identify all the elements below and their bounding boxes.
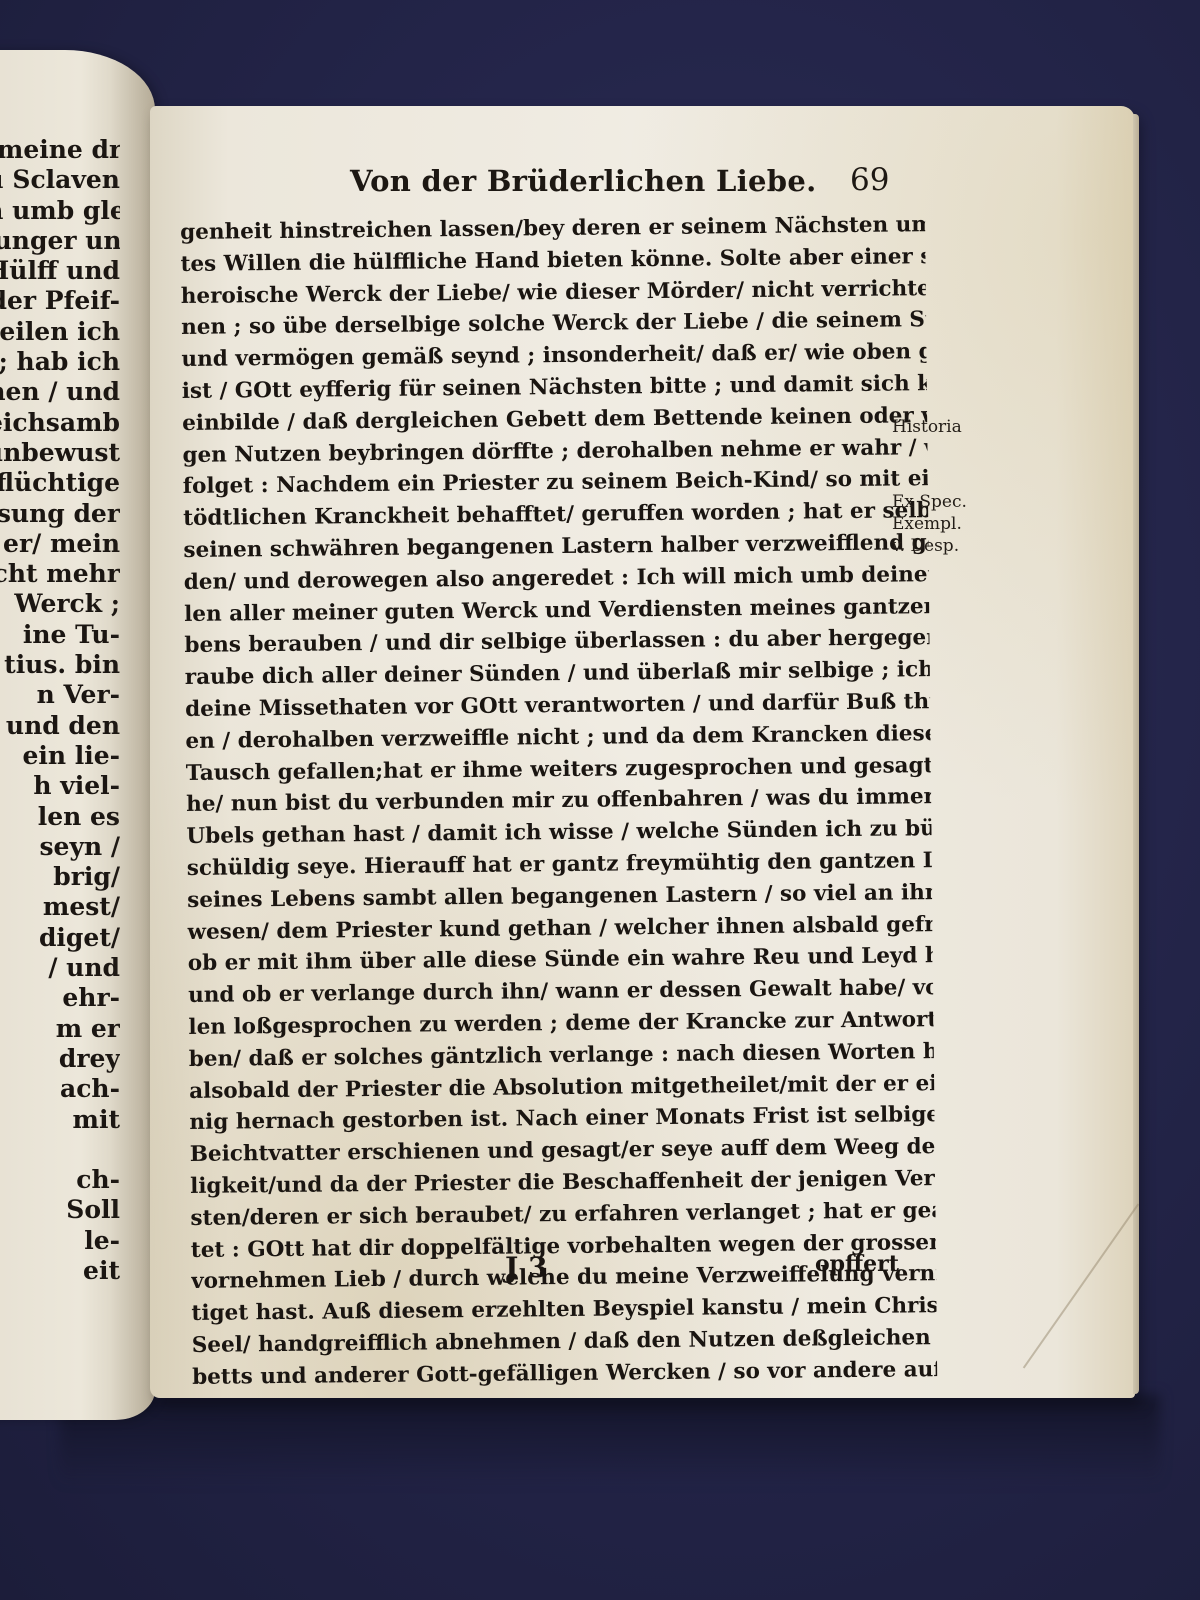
left-text-fragment: ch- xyxy=(0,1165,120,1195)
left-text-fragment: le- xyxy=(0,1226,120,1256)
left-text-fragment: nen / und xyxy=(0,377,120,407)
left-text-fragment: ine Tu- xyxy=(0,620,120,650)
left-text-fragment: / und xyxy=(0,953,120,983)
left-text-fragment: drey xyxy=(0,1044,120,1074)
left-text-fragment: m er xyxy=(0,1014,120,1044)
left-text-fragment: ein lie- xyxy=(0,741,120,771)
book-shadow xyxy=(60,1395,1160,1485)
left-page: n meine dreyzu Sclavench umb glei-Hunger… xyxy=(0,50,155,1420)
left-text-fragment: diget/ xyxy=(0,923,120,953)
left-text-fragment xyxy=(0,1135,120,1165)
left-text-fragment: Hunger und xyxy=(0,226,120,256)
page-edge xyxy=(1133,114,1139,1394)
margin-note-source-3: v. Desp. xyxy=(892,535,982,557)
left-text-fragment: tius. bin xyxy=(0,650,120,680)
left-text-fragment: der Pfeif- xyxy=(0,286,120,316)
left-text-fragment: er/ mein xyxy=(0,529,120,559)
running-title: Von der Brüderlichen Liebe. xyxy=(350,164,817,198)
book-gutter xyxy=(110,50,155,1420)
page-number: 69 xyxy=(850,162,889,198)
margin-note-source-1: Ex Spec. xyxy=(892,491,982,513)
margin-note-historia: Historia xyxy=(892,416,982,438)
paper-crease xyxy=(1023,1204,1139,1369)
left-text-fragment: h viel- xyxy=(0,771,120,801)
right-page: Von der Brüderlichen Liebe. 69 genheit h… xyxy=(150,106,1135,1398)
left-text-fragment: flüchtige xyxy=(0,468,120,498)
left-text-fragment: ch umb glei- xyxy=(0,196,120,226)
left-text-fragment: brig/ xyxy=(0,862,120,892)
left-text-fragment: ehr- xyxy=(0,983,120,1013)
left-text-fragment: mit xyxy=(0,1105,120,1135)
left-text-fragment: Soll xyxy=(0,1195,120,1225)
left-text-fragment: ach- xyxy=(0,1074,120,1104)
left-text-fragment: Hülff und xyxy=(0,256,120,286)
page-header: Von der Brüderlichen Liebe. 69 xyxy=(150,164,850,204)
text-line: betts und anderer Gott-gefälligen Wercke… xyxy=(192,1354,937,1394)
left-text-fragment: seyn / xyxy=(0,832,120,862)
left-text-fragment: len es xyxy=(0,802,120,832)
left-text-fragment: weilen ich xyxy=(0,317,120,347)
margin-notes: Historia Ex Spec. Exempl. v. Desp. xyxy=(892,416,982,557)
left-text-fragment: n meine drey xyxy=(0,135,120,165)
signature-mark: J 3 xyxy=(505,1251,547,1284)
margin-note-source-2: Exempl. xyxy=(892,513,982,535)
catchword: opffert xyxy=(815,1251,899,1277)
left-text-fragment: unbewust xyxy=(0,438,120,468)
left-page-text-fragments: n meine dreyzu Sclavench umb glei-Hunger… xyxy=(0,135,120,1286)
left-text-fragment: sung der xyxy=(0,499,120,529)
left-text-fragment: mest/ xyxy=(0,892,120,922)
left-text-fragment: Werck ; xyxy=(0,589,120,619)
left-text-fragment: cht mehr xyxy=(0,559,120,589)
left-text-fragment: und den xyxy=(0,711,120,741)
left-text-fragment: leichsamb xyxy=(0,408,120,438)
left-text-fragment: eit xyxy=(0,1256,120,1286)
left-text-fragment: zu Sclaven xyxy=(0,165,120,195)
left-text-fragment: e ; hab ich xyxy=(0,347,120,377)
left-text-fragment: n Ver- xyxy=(0,680,120,710)
body-text: genheit hinstreichen lassen/bey deren er… xyxy=(180,209,937,1393)
